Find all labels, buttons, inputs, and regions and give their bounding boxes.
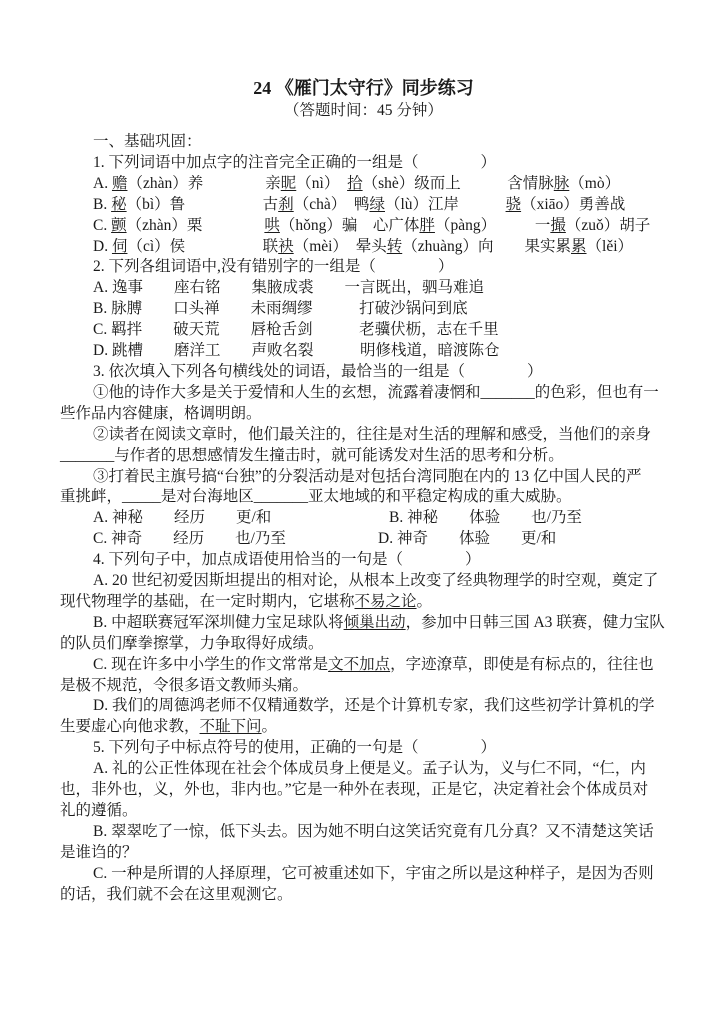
q2-option-a: A. 逸事 座右铭 集腋成裘 一言既出，驷马难追 — [60, 278, 667, 299]
worksheet-page: 24 《雁门太守行》同步练习 （答题时间：45 分钟） 一、基础巩固：1. 下列… — [0, 0, 725, 1024]
q4-option-d-line-2: 生要虚心向他求教，不耻下问。 — [60, 717, 667, 738]
q5-option-c-line-1: C. 一种是所谓的人择原理，它可被重述如下，宇宙之所以是这种样子，是因为否则 — [60, 864, 667, 885]
q3-sentence-1-line-2: 些作品内容健康，格调明朗。 — [60, 404, 667, 425]
q1-option-a: A. 赡（zhàn）养 亲昵（nì） 拾（shè）级而上 含情脉脉（mò） — [60, 174, 667, 195]
text-segment: 的队员们摩拳擦掌，力争取得好成绩。 — [60, 635, 324, 652]
q4-stem: 4. 下列句子中，加点成语使用恰当的一句是（ ） — [60, 550, 667, 571]
text-segment: C. 现在许多中小学生的作文常常是 — [93, 656, 328, 673]
q3-sentence-2-line-1: ②读者在阅读文章时，他们最关注的，往往是对生活的理解和感受，当他们的亲身 — [60, 425, 667, 446]
text-segment: B. 翠翠吃了一惊，低下头去。因为她不明白这笑话究竟有几分真？又不清楚这笑话 — [93, 823, 654, 840]
q4-option-a-line-1: A. 20 世纪初爱因斯坦提出的相对论，从根本上改变了经典物理学的时空观，奠定了 — [60, 571, 667, 592]
text-segment: ，参加中日韩三国 A3 联赛，健力宝队 — [406, 614, 665, 631]
text-segment: C. 一种是所谓的人择原理，它可被重述如下，宇宙之所以是这种样子，是因为否则 — [93, 865, 654, 882]
text-segment: 联 — [263, 238, 279, 255]
text-segment: B. — [93, 196, 111, 213]
text-segment: A. — [93, 175, 112, 192]
underlined-text: 拾 — [347, 175, 363, 192]
q4-option-c-line-1: C. 现在许多中小学生的作文常常是文不加点，字迹潦草，即使是有标点的，往往也 — [60, 655, 667, 676]
text-segment: （lěi） — [587, 238, 634, 255]
text-segment: ①他的诗作大多是关于爱情和人生的玄想，流露着凄惘和_______的色彩，但也有一 — [93, 384, 659, 401]
text-segment: 鸭 — [354, 196, 370, 213]
text-segment: 含情脉 — [507, 175, 554, 192]
q5-option-a-line-1: A. 礼的公正性体现在社会个体成员身上便是义。孟子认为，义与仁不同，“仁，内 — [60, 759, 667, 780]
text-segment: （cì）侯 — [127, 238, 262, 255]
text-segment: 是谁诌的？ — [60, 844, 138, 861]
q3-sentence-2-line-2: _______与作者的思想感情发生撞击时，就可能诱发对生活的思考和分析。 — [60, 446, 667, 467]
q1-stem: 1. 下列词语中加点字的注音完全正确的一组是（ ） — [60, 153, 667, 174]
text-segment: B. 神秘 体验 也/乃至 — [389, 509, 582, 526]
text-segment: C. — [93, 217, 111, 234]
q1-option-d: D. 伺（cì）侯 联袂（mèi） 晕头转（zhuàng）向 果实累累（lěi） — [60, 237, 667, 258]
text-segment: 2. 下列各组词语中,没有错别字的一组是（ ） — [93, 258, 453, 275]
text-segment: ③打着民主旗号搞“台独”的分裂活动是对包括台湾同胞在内的 13 亿中国人民的严 — [93, 468, 642, 485]
underlined-text: 绿 — [369, 196, 385, 213]
text-segment: （lù）江岸 — [385, 196, 506, 213]
q1-option-c: C. 颤（zhàn）栗 哄（hǒng）骗 心广体胖（pàng） 一撮（zuǒ）胡… — [60, 216, 667, 237]
text-segment: 的话，我们就不会在这里观测它。 — [60, 886, 293, 903]
text-segment: 4. 下列句子中，加点成语使用恰当的一句是（ ） — [93, 551, 481, 568]
underlined-text: 倾巢出动 — [344, 614, 406, 631]
text-segment: ，字迹潦草，即使是有标点的，往往也 — [390, 656, 654, 673]
text-segment: 礼的遵循。 — [60, 802, 138, 819]
underlined-text: 脉 — [554, 175, 570, 192]
q5-option-c-line-2: 的话，我们就不会在这里观测它。 — [60, 885, 667, 906]
q1-option-b: B. 秘（bì）鲁 古刹（chà） 鸭绿（lù）江岸 骁（xiāo）勇善战 — [60, 195, 667, 216]
q2-option-d: D. 跳槽 磨洋工 声败名裂 明修栈道，暗渡陈仓 — [60, 341, 667, 362]
text-segment: B. 中超联赛冠军深圳健力宝足球队将 — [93, 614, 344, 631]
text-segment: 一 — [535, 217, 551, 234]
q2-stem: 2. 下列各组词语中,没有错别字的一组是（ ） — [60, 257, 667, 278]
text-segment: 晕头 — [356, 238, 387, 255]
underlined-text: 昵 — [281, 175, 297, 192]
underlined-text: 胖 — [419, 217, 435, 234]
text-segment: （zuǒ）胡子 — [566, 217, 650, 234]
q4-option-c-line-2: 是极不规范，令很多语文教师头痛。 — [60, 676, 667, 697]
text-segment: 。 — [417, 593, 433, 610]
q5-stem: 5. 下列句子中标点符号的使用，正确的一句是（ ） — [60, 738, 667, 759]
text-segment: （nì） — [296, 175, 347, 192]
text-segment: D. 神奇 体验 更/和 — [378, 530, 556, 547]
underlined-text: 秘 — [111, 196, 127, 213]
text-segment: D. — [93, 238, 112, 255]
text-segment: （zhàn）栗 — [127, 217, 265, 234]
text-segment: 古 — [263, 196, 279, 213]
underlined-text: 伺 — [112, 238, 128, 255]
q3-sentence-3-line-1: ③打着民主旗号搞“台独”的分裂活动是对包括台湾同胞在内的 13 亿中国人民的严 — [60, 467, 667, 488]
text-segment: 亲 — [265, 175, 281, 192]
page-title: 24 《雁门太守行》同步练习 — [60, 76, 667, 100]
text-segment: 1. 下列词语中加点字的注音完全正确的一组是（ ） — [93, 154, 496, 171]
text-segment: B. 脉膊 口头禅 未雨绸缪 打破沙锅问到底 — [93, 300, 468, 317]
page-subtitle: （答题时间：45 分钟） — [60, 100, 667, 122]
underlined-text: 刹 — [278, 196, 294, 213]
underlined-text: 不易之论 — [355, 593, 417, 610]
underlined-text: 累 — [571, 238, 587, 255]
text-segment: A. 神秘 经历 更/和 — [93, 508, 389, 529]
text-segment: （shè）级而上 — [363, 175, 508, 192]
underlined-text: 赡 — [112, 175, 128, 192]
q3-sentence-3-line-2: 重挑衅，_____是对台海地区_______亚太地域的和平稳定构成的重大威胁。 — [60, 487, 667, 508]
q5-option-a-line-2: 也，非外也，义，外也，非内也。”它是一种外在表现，正是它，决定着社会个体成员对 — [60, 780, 667, 801]
text-segment: ②读者在阅读文章时，他们最关注的，往往是对生活的理解和感受，当他们的亲身 — [93, 426, 651, 443]
text-segment: 些作品内容健康，格调明朗。 — [60, 405, 262, 422]
text-segment: 。 — [262, 718, 278, 735]
text-segment: A. 20 世纪初爱因斯坦提出的相对论，从根本上改变了经典物理学的时空观，奠定了 — [93, 572, 658, 589]
underlined-text: 袂 — [278, 238, 294, 255]
q2-option-b: B. 脉膊 口头禅 未雨绸缪 打破沙锅问到底 — [60, 299, 667, 320]
q3-options-cd: C. 神奇 经历 也/乃至D. 神奇 体验 更/和 — [60, 529, 667, 550]
text-segment: 是极不规范，令很多语文教师头痛。 — [60, 677, 308, 694]
q4-option-d-line-1: D. 我们的周德鸿老师不仅精通数学，还是个计算机专家，我们这些初学计算机的学 — [60, 696, 667, 717]
text-segment: （mèi） — [294, 238, 356, 255]
text-segment: C. 神奇 经历 也/乃至 — [93, 529, 378, 550]
underlined-text: 骁 — [506, 196, 522, 213]
text-segment: C. 羁拌 破天荒 唇枪舌剑 老骥伏枥，志在千里 — [93, 321, 499, 338]
q4-option-a-line-2: 现代物理学的基础，在一定时期内，它堪称不易之论。 — [60, 592, 667, 613]
text-segment: （chà） — [294, 196, 354, 213]
underlined-text: 哄 — [264, 217, 280, 234]
text-segment: 5. 下列句子中标点符号的使用，正确的一句是（ ） — [93, 739, 496, 756]
q4-option-b-line-2: 的队员们摩拳擦掌，力争取得好成绩。 — [60, 634, 667, 655]
text-segment: 重挑衅，_____是对台海地区_______亚太地域的和平稳定构成的重大威胁。 — [60, 488, 572, 505]
text-segment: （mò） — [569, 175, 620, 192]
text-segment: （zhàn）养 — [127, 175, 265, 192]
q5-option-a-line-3: 礼的遵循。 — [60, 801, 667, 822]
q5-option-b-line-1: B. 翠翠吃了一惊，低下头去。因为她不明白这笑话究竟有几分真？又不清楚这笑话 — [60, 822, 667, 843]
text-segment: （bì）鲁 — [127, 196, 263, 213]
text-segment: A. 逸事 座右铭 集腋成裘 一言既出，驷马难追 — [93, 279, 484, 296]
text-segment: D. 我们的周德鸿老师不仅精通数学，还是个计算机专家，我们这些初学计算机的学 — [93, 697, 654, 714]
text-segment: 生要虚心向他求教， — [60, 718, 200, 735]
text-segment: 3. 依次填入下列各句横线处的词语，最恰当的一组是（ ） — [93, 363, 543, 380]
text-segment: （zhuàng）向 — [402, 238, 524, 255]
underlined-text: 颤 — [111, 217, 127, 234]
q3-options-ab: A. 神秘 经历 更/和B. 神秘 体验 也/乃至 — [60, 508, 667, 529]
text-segment: 现代物理学的基础，在一定时期内，它堪称 — [60, 593, 355, 610]
underlined-text: 撮 — [550, 217, 566, 234]
text-segment: 心广体 — [373, 217, 420, 234]
text-segment: 也，非外也，义，外也，非内也。”它是一种外在表现，正是它，决定着社会个体成员对 — [60, 781, 648, 798]
underlined-text: 转 — [387, 238, 403, 255]
q3-stem: 3. 依次填入下列各句横线处的词语，最恰当的一组是（ ） — [60, 362, 667, 383]
text-segment: A. 礼的公正性体现在社会个体成员身上便是义。孟子认为，义与仁不同，“仁，内 — [93, 760, 646, 777]
text-segment: （xiāo）勇善战 — [521, 196, 625, 213]
text-segment: 果实累 — [524, 238, 571, 255]
text-segment: 一、基础巩固： — [93, 133, 202, 150]
q5-option-b-line-2: 是谁诌的？ — [60, 843, 667, 864]
underlined-text: 不耻下问 — [200, 718, 262, 735]
q2-option-c: C. 羁拌 破天荒 唇枪舌剑 老骥伏枥，志在千里 — [60, 320, 667, 341]
q3-sentence-1-line-1: ①他的诗作大多是关于爱情和人生的玄想，流露着凄惘和_______的色彩，但也有一 — [60, 383, 667, 404]
text-segment: D. 跳槽 磨洋工 声败名裂 明修栈道，暗渡陈仓 — [93, 342, 499, 359]
q4-option-b-line-1: B. 中超联赛冠军深圳健力宝足球队将倾巢出动，参加中日韩三国 A3 联赛，健力宝… — [60, 613, 667, 634]
document-body: 一、基础巩固：1. 下列词语中加点字的注音完全正确的一组是（ ）A. 赡（zhà… — [60, 132, 667, 906]
underlined-text: 文不加点 — [328, 656, 390, 673]
section-1-heading: 一、基础巩固： — [60, 132, 667, 153]
text-segment: （hǒng）骗 — [280, 217, 373, 234]
text-segment: _______与作者的思想感情发生撞击时，就可能诱发对生活的思考和分析。 — [60, 447, 564, 464]
text-segment: （pàng） — [435, 217, 535, 234]
